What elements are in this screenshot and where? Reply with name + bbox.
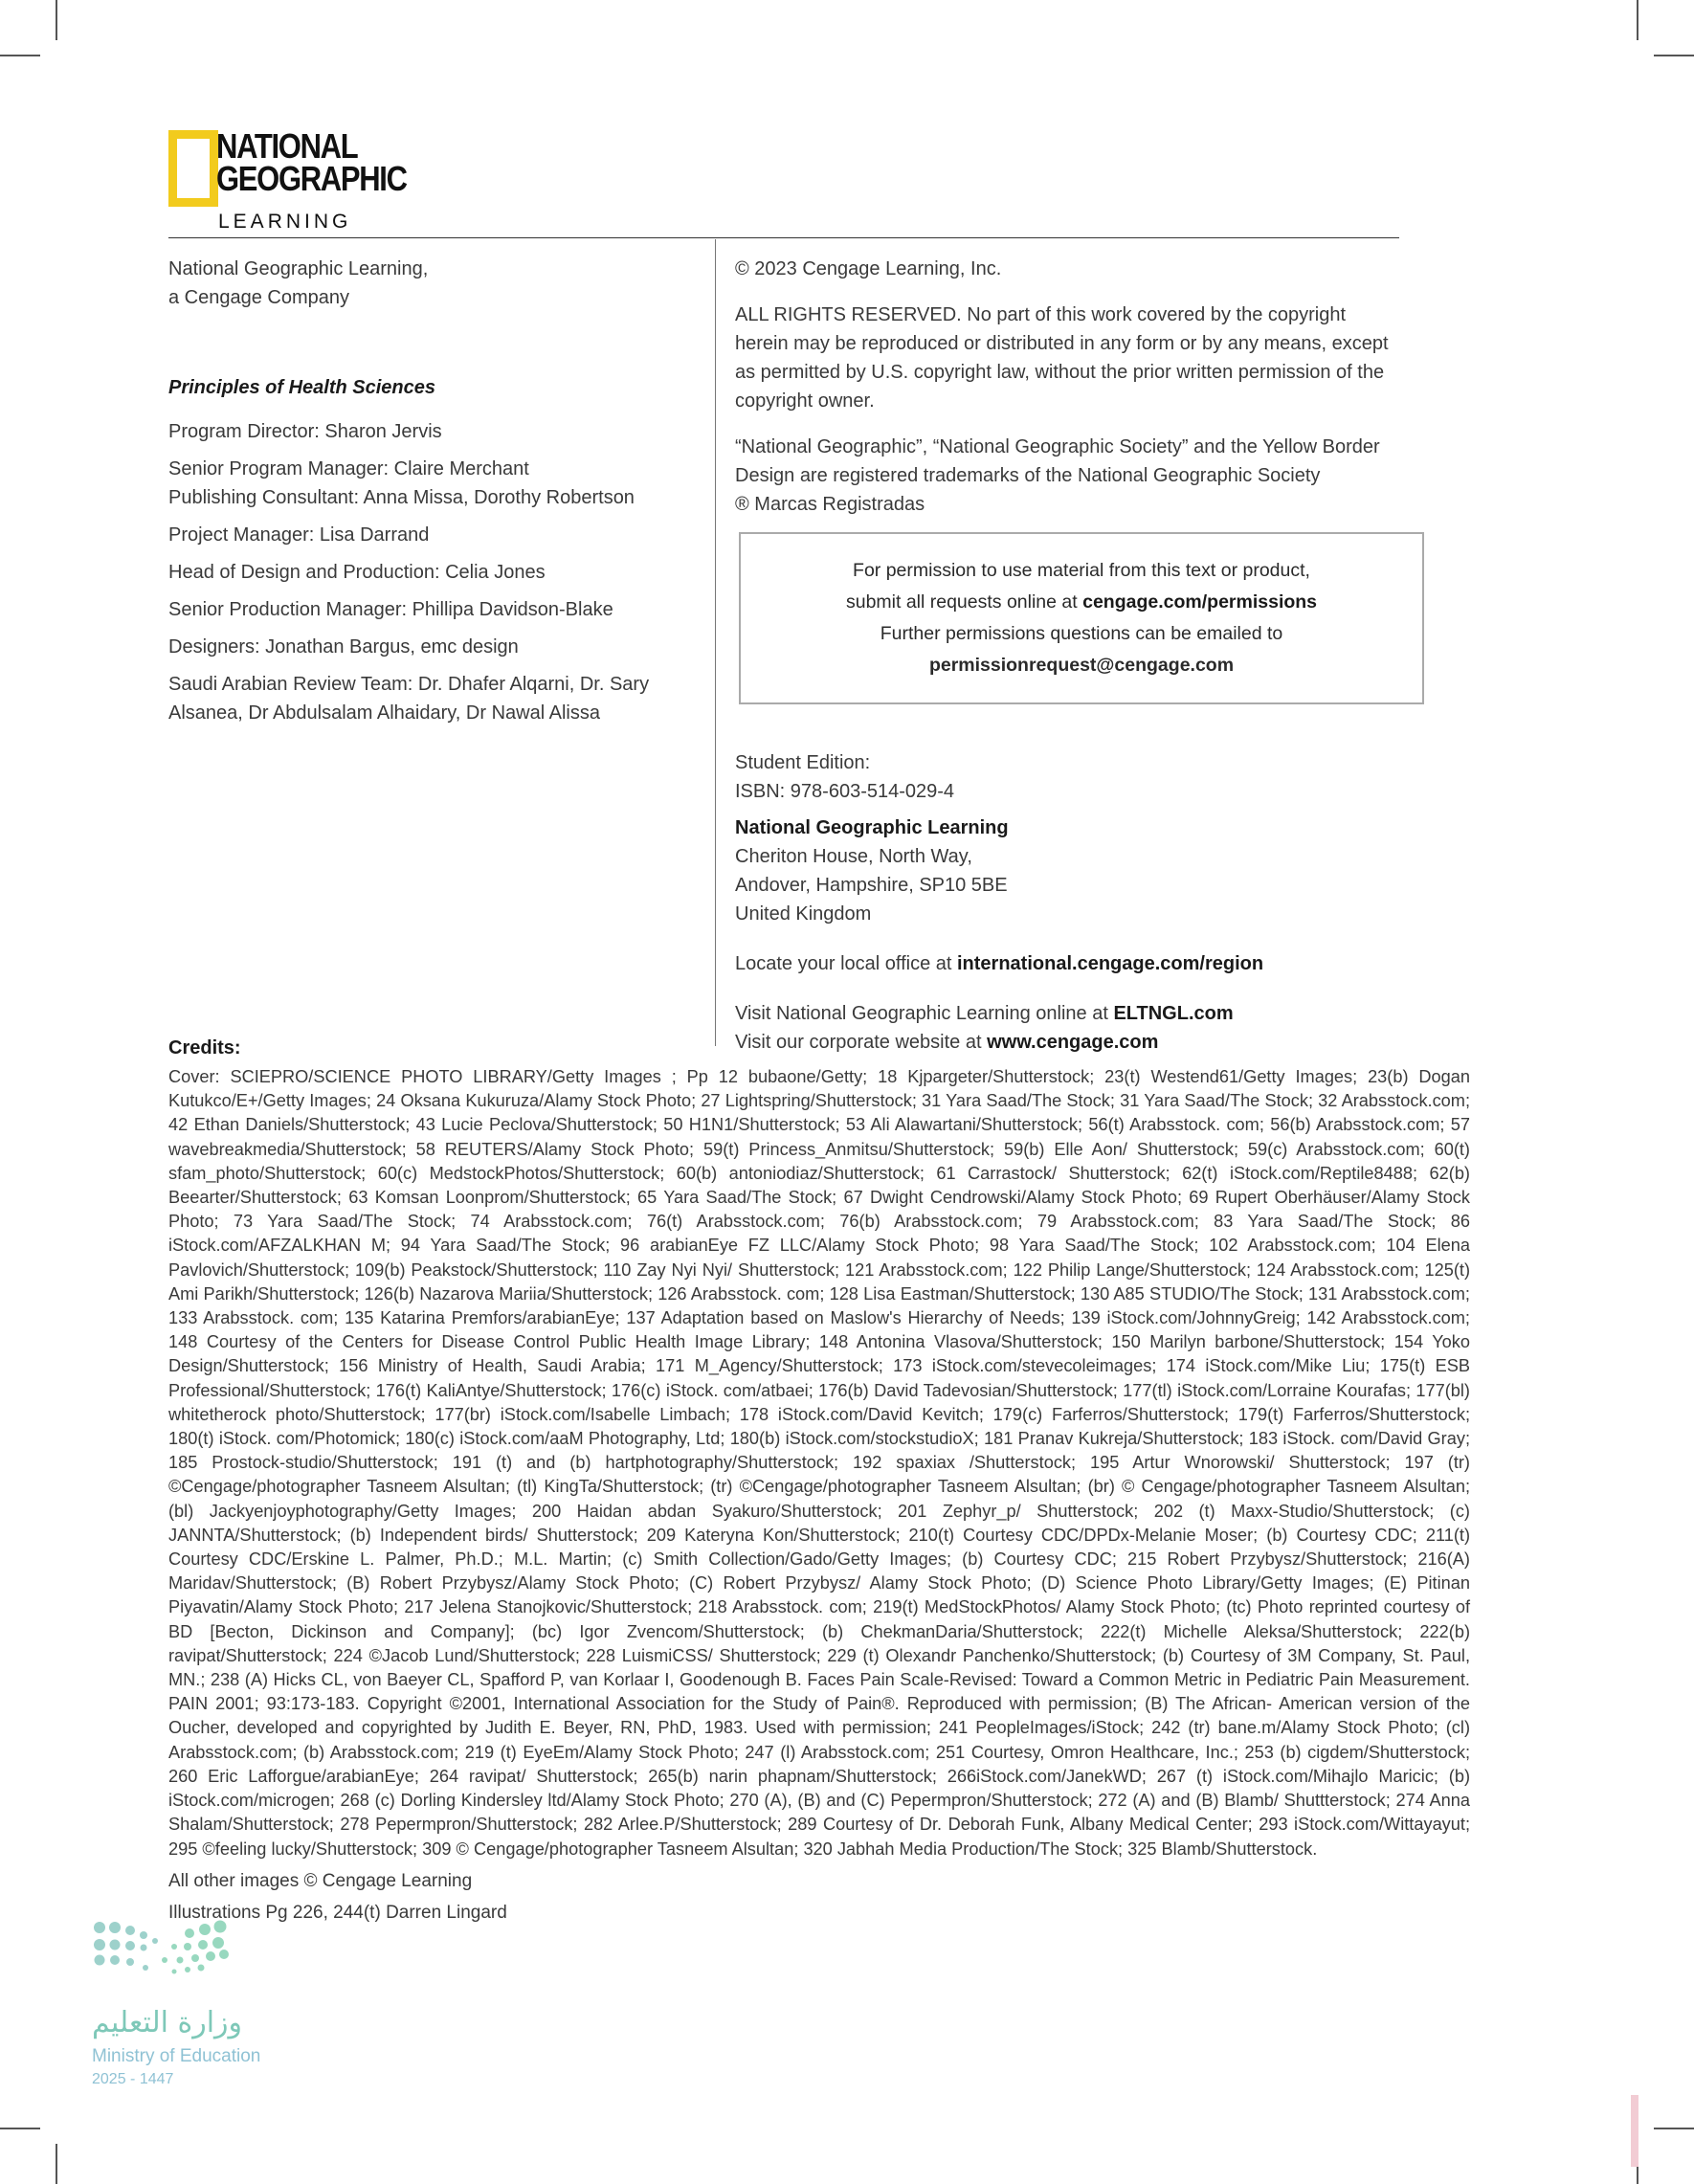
permissions-box: For permission to use material from this…: [739, 532, 1424, 704]
company-line-2: a Cengage Company: [168, 283, 685, 312]
credits-heading: Credits:: [168, 1037, 1470, 1059]
crop-mark: [56, 2144, 57, 2184]
address-line: United Kingdom: [735, 900, 1443, 928]
address-line: Cheriton House, North Way,: [735, 842, 1443, 871]
marcas-registradas: ® Marcas Registradas: [735, 490, 1443, 519]
visit-ngl-prefix: Visit National Geographic Learning onlin…: [735, 1003, 1113, 1024]
ministry-english-name: Ministry of Education: [92, 2046, 260, 2067]
address-line: Andover, Hampshire, SP10 5BE: [735, 871, 1443, 900]
local-office-prefix: Locate your local office at: [735, 953, 957, 974]
staff-item: Head of Design and Production: Celia Jon…: [168, 558, 685, 587]
crop-mark: [1637, 0, 1638, 40]
ministry-of-education-watermark: وزارة التعليم Ministry of Education 2025…: [92, 1914, 322, 2096]
logo-line-1: NATIONAL: [216, 130, 407, 163]
logo-title: NATIONAL GEOGRAPHIC: [216, 130, 407, 195]
left-column: National Geographic Learning, a Cengage …: [168, 255, 685, 736]
dots-pattern-icon: [92, 1914, 322, 1991]
isbn: ISBN: 978-603-514-029-4: [735, 777, 1443, 806]
crop-mark: [1654, 55, 1694, 56]
staff-item: Designers: Jonathan Bargus, emc design: [168, 633, 685, 661]
edition-label: Student Edition:: [735, 748, 1443, 777]
permission-line-1: For permission to use material from this…: [741, 555, 1422, 587]
credits-section: Credits: Cover: SCIEPRO/SCIENCE PHOTO LI…: [168, 1037, 1470, 1925]
staff-item: Project Manager: Lisa Darrand: [168, 521, 685, 549]
permission-line-2-prefix: submit all requests online at: [846, 591, 1082, 613]
permission-email-link[interactable]: permissionrequest@cengage.com: [741, 650, 1422, 681]
book-title: Principles of Health Sciences: [168, 373, 685, 402]
logo-subtitle: LEARNING: [218, 211, 351, 234]
copyright-line: © 2023 Cengage Learning, Inc.: [735, 255, 1443, 283]
visit-ngl-line: Visit National Geographic Learning onlin…: [735, 999, 1443, 1028]
ngl-logo: NATIONAL GEOGRAPHIC LEARNING: [168, 130, 551, 235]
permissions-link[interactable]: cengage.com/permissions: [1082, 591, 1317, 613]
staff-item: Senior Production Manager: Phillipa Davi…: [168, 595, 685, 624]
credits-body: Cover: SCIEPRO/SCIENCE PHOTO LIBRARY/Get…: [168, 1065, 1470, 1861]
crop-mark: [0, 2128, 40, 2129]
permission-line-2: submit all requests online at cengage.co…: [741, 587, 1422, 618]
company-line-1: National Geographic Learning,: [168, 255, 685, 283]
staff-item: Saudi Arabian Review Team: Dr. Dhafer Al…: [168, 670, 685, 727]
column-divider: [715, 239, 716, 1046]
rights-reserved: ALL RIGHTS RESERVED. No part of this wor…: [735, 301, 1395, 415]
other-images-credit: All other images © Cengage Learning: [168, 1869, 1470, 1893]
eltngl-link[interactable]: ELTNGL.com: [1113, 1003, 1233, 1024]
crop-mark: [1654, 2128, 1694, 2129]
logo-line-2: GEOGRAPHIC: [216, 163, 407, 195]
trademark-notice: “National Geographic”, “National Geograp…: [735, 433, 1443, 490]
local-office-line: Locate your local office at internationa…: [735, 949, 1443, 978]
ministry-arabic-name: وزارة التعليم: [92, 2006, 298, 2039]
crop-mark: [56, 0, 57, 40]
crop-mark: [0, 55, 40, 56]
staff-list: Program Director: Sharon Jervis Senior P…: [168, 417, 685, 727]
publisher-name: National Geographic Learning: [735, 813, 1443, 842]
staff-item: Senior Program Manager: Claire Merchant …: [168, 455, 685, 512]
header-rule: [168, 237, 1399, 238]
ministry-year: 2025 - 1447: [92, 2071, 173, 2088]
illustrations-credit: Illustrations Pg 226, 244(t) Darren Ling…: [168, 1901, 1470, 1925]
staff-item: Program Director: Sharon Jervis: [168, 417, 685, 446]
local-office-link[interactable]: international.cengage.com/region: [957, 953, 1263, 974]
yellow-border-icon: [168, 130, 218, 207]
page-edge-mark: [1631, 2095, 1638, 2167]
right-column: © 2023 Cengage Learning, Inc. ALL RIGHTS…: [735, 255, 1443, 1057]
permission-line-3: Further permissions questions can be ema…: [741, 618, 1422, 650]
